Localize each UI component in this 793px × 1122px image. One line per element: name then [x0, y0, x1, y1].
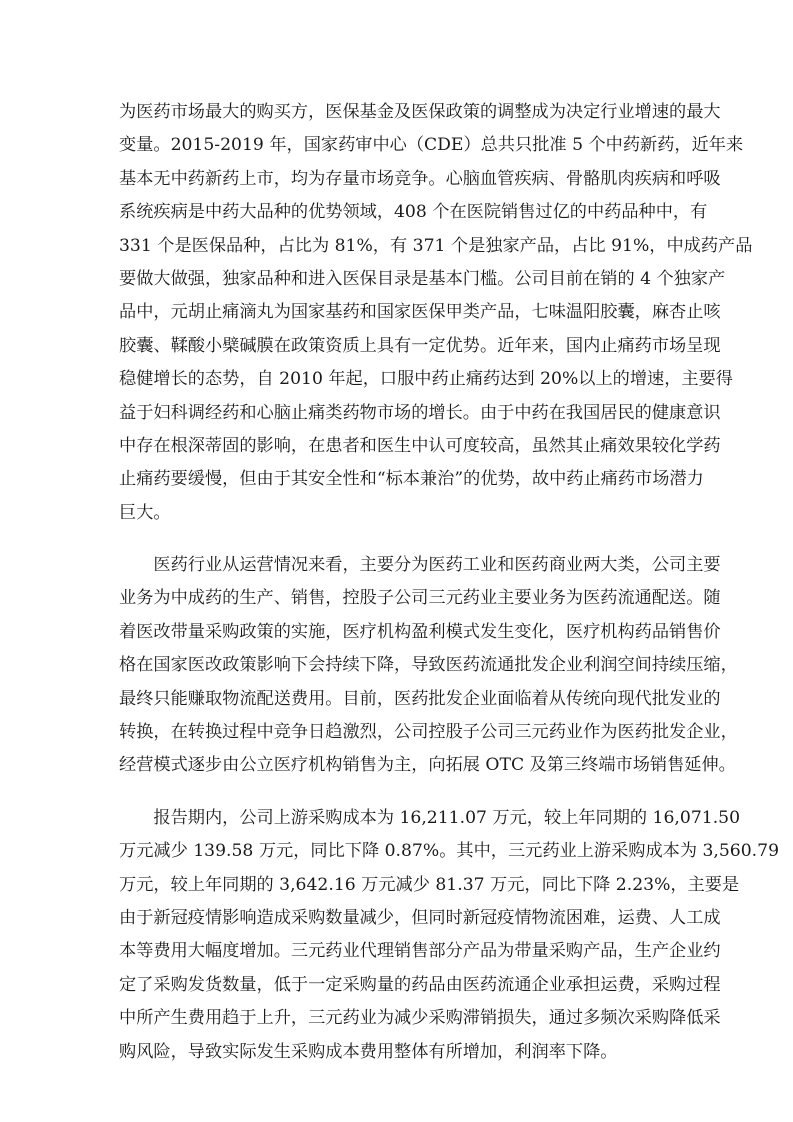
- paragraph-procurement-costs: 报告期内，公司上游采购成本为 16,211.07 万元，较上年同期的 16,07…: [119, 802, 675, 1069]
- text-line: 稳健增长的态势，自 2010 年起，口服中药止痛药达到 20%以上的增速，主要得: [119, 363, 675, 396]
- text-line: 胶囊、鞣酸小檗碱膜在政策资质上具有一定优势。近年来，国内止痛药市场呈现: [119, 330, 675, 363]
- text-line: 定了采购发货数量，低于一定采购量的药品由医药流通企业承担运费，采购过程: [119, 969, 675, 1002]
- paragraph-market-overview: 为医药市场最大的购买方，医保基金及医保政策的调整成为决定行业增速的最大 变量。2…: [119, 96, 675, 530]
- text-line: 系统疾病是中药大品种的优势领域，408 个在医院销售过亿的中药品种中，有: [119, 196, 675, 229]
- text-line: 万元，较上年同期的 3,642.16 万元减少 81.37 万元，同比下降 2.…: [119, 869, 675, 902]
- text-line: 变量。2015-2019 年，国家药审中心（CDE）总共只批准 5 个中药新药，…: [119, 129, 675, 162]
- text-line: 格在国家医改政策影响下会持续下降，导致医药流通批发企业利润空间持续压缩，: [119, 649, 675, 682]
- text-line: 要做大做强，独家品种和进入医保目录是基本门槛。公司目前在销的 4 个独家产: [119, 263, 675, 296]
- text-line: 为医药市场最大的购买方，医保基金及医保政策的调整成为决定行业增速的最大: [119, 96, 675, 129]
- text-line: 巨大。: [119, 497, 675, 530]
- text-line: 由于新冠疫情影响造成采购数量减少，但同时新冠疫情物流困难，运费、人工成: [119, 902, 675, 935]
- text-line: 本等费用大幅度增加。三元药业代理销售部分产品为带量采购产品，生产企业约: [119, 935, 675, 968]
- paragraph-industry-operations: 医药行业从运营情况来看，主要分为医药工业和医药商业两大类，公司主要 业务为中成药…: [119, 549, 675, 783]
- text-line: 基本无中药新药上市，均为存量市场竞争。心脑血管疾病、骨骼肌肉疾病和呼吸: [119, 163, 675, 196]
- text-line: 最终只能赚取物流配送费用。目前，医药批发企业面临着从传统向现代批发业的: [119, 683, 675, 716]
- text-line: 中存在根深蒂固的影响，在患者和医生中认可度较高，虽然其止痛效果较化学药: [119, 430, 675, 463]
- text-line: 着医改带量采购政策的实施，医疗机构盈利模式发生变化，医疗机构药品销售价: [119, 616, 675, 649]
- text-line: 止痛药要缓慢，但由于其安全性和“标本兼治”的优势，故中药止痛药市场潜力: [119, 463, 675, 496]
- text-line: 报告期内，公司上游采购成本为 16,211.07 万元，较上年同期的 16,07…: [119, 802, 675, 835]
- text-line: 购风险，导致实际发生采购成本费用整体有所增加，利润率下降。: [119, 1036, 675, 1069]
- text-line: 转换，在转换过程中竞争日趋激烈，公司控股子公司三元药业作为医药批发企业，: [119, 716, 675, 749]
- text-line: 业务为中成药的生产、销售，控股子公司三元药业主要业务为医药流通配送。随: [119, 582, 675, 615]
- text-line: 万元减少 139.58 万元，同比下降 0.87%。其中，三元药业上游采购成本为…: [119, 835, 675, 868]
- document-page: 为医药市场最大的购买方，医保基金及医保政策的调整成为决定行业增速的最大 变量。2…: [119, 96, 675, 1088]
- text-line: 益于妇科调经药和心脑止痛类药物市场的增长。由于中药在我国居民的健康意识: [119, 397, 675, 430]
- text-line: 中所产生费用趋于上升，三元药业为减少采购滞销损失，通过多频次采购降低采: [119, 1002, 675, 1035]
- text-line: 经营模式逐步由公立医疗机构销售为主，向拓展 OTC 及第三终端市场销售延伸。: [119, 749, 675, 782]
- text-line: 331 个是医保品种，占比为 81%，有 371 个是独家产品，占比 91%，中…: [119, 230, 675, 263]
- text-line: 医药行业从运营情况来看，主要分为医药工业和医药商业两大类，公司主要: [119, 549, 675, 582]
- text-line: 品中，元胡止痛滴丸为国家基药和国家医保甲类产品，七味温阳胶囊，麻杏止咳: [119, 296, 675, 329]
